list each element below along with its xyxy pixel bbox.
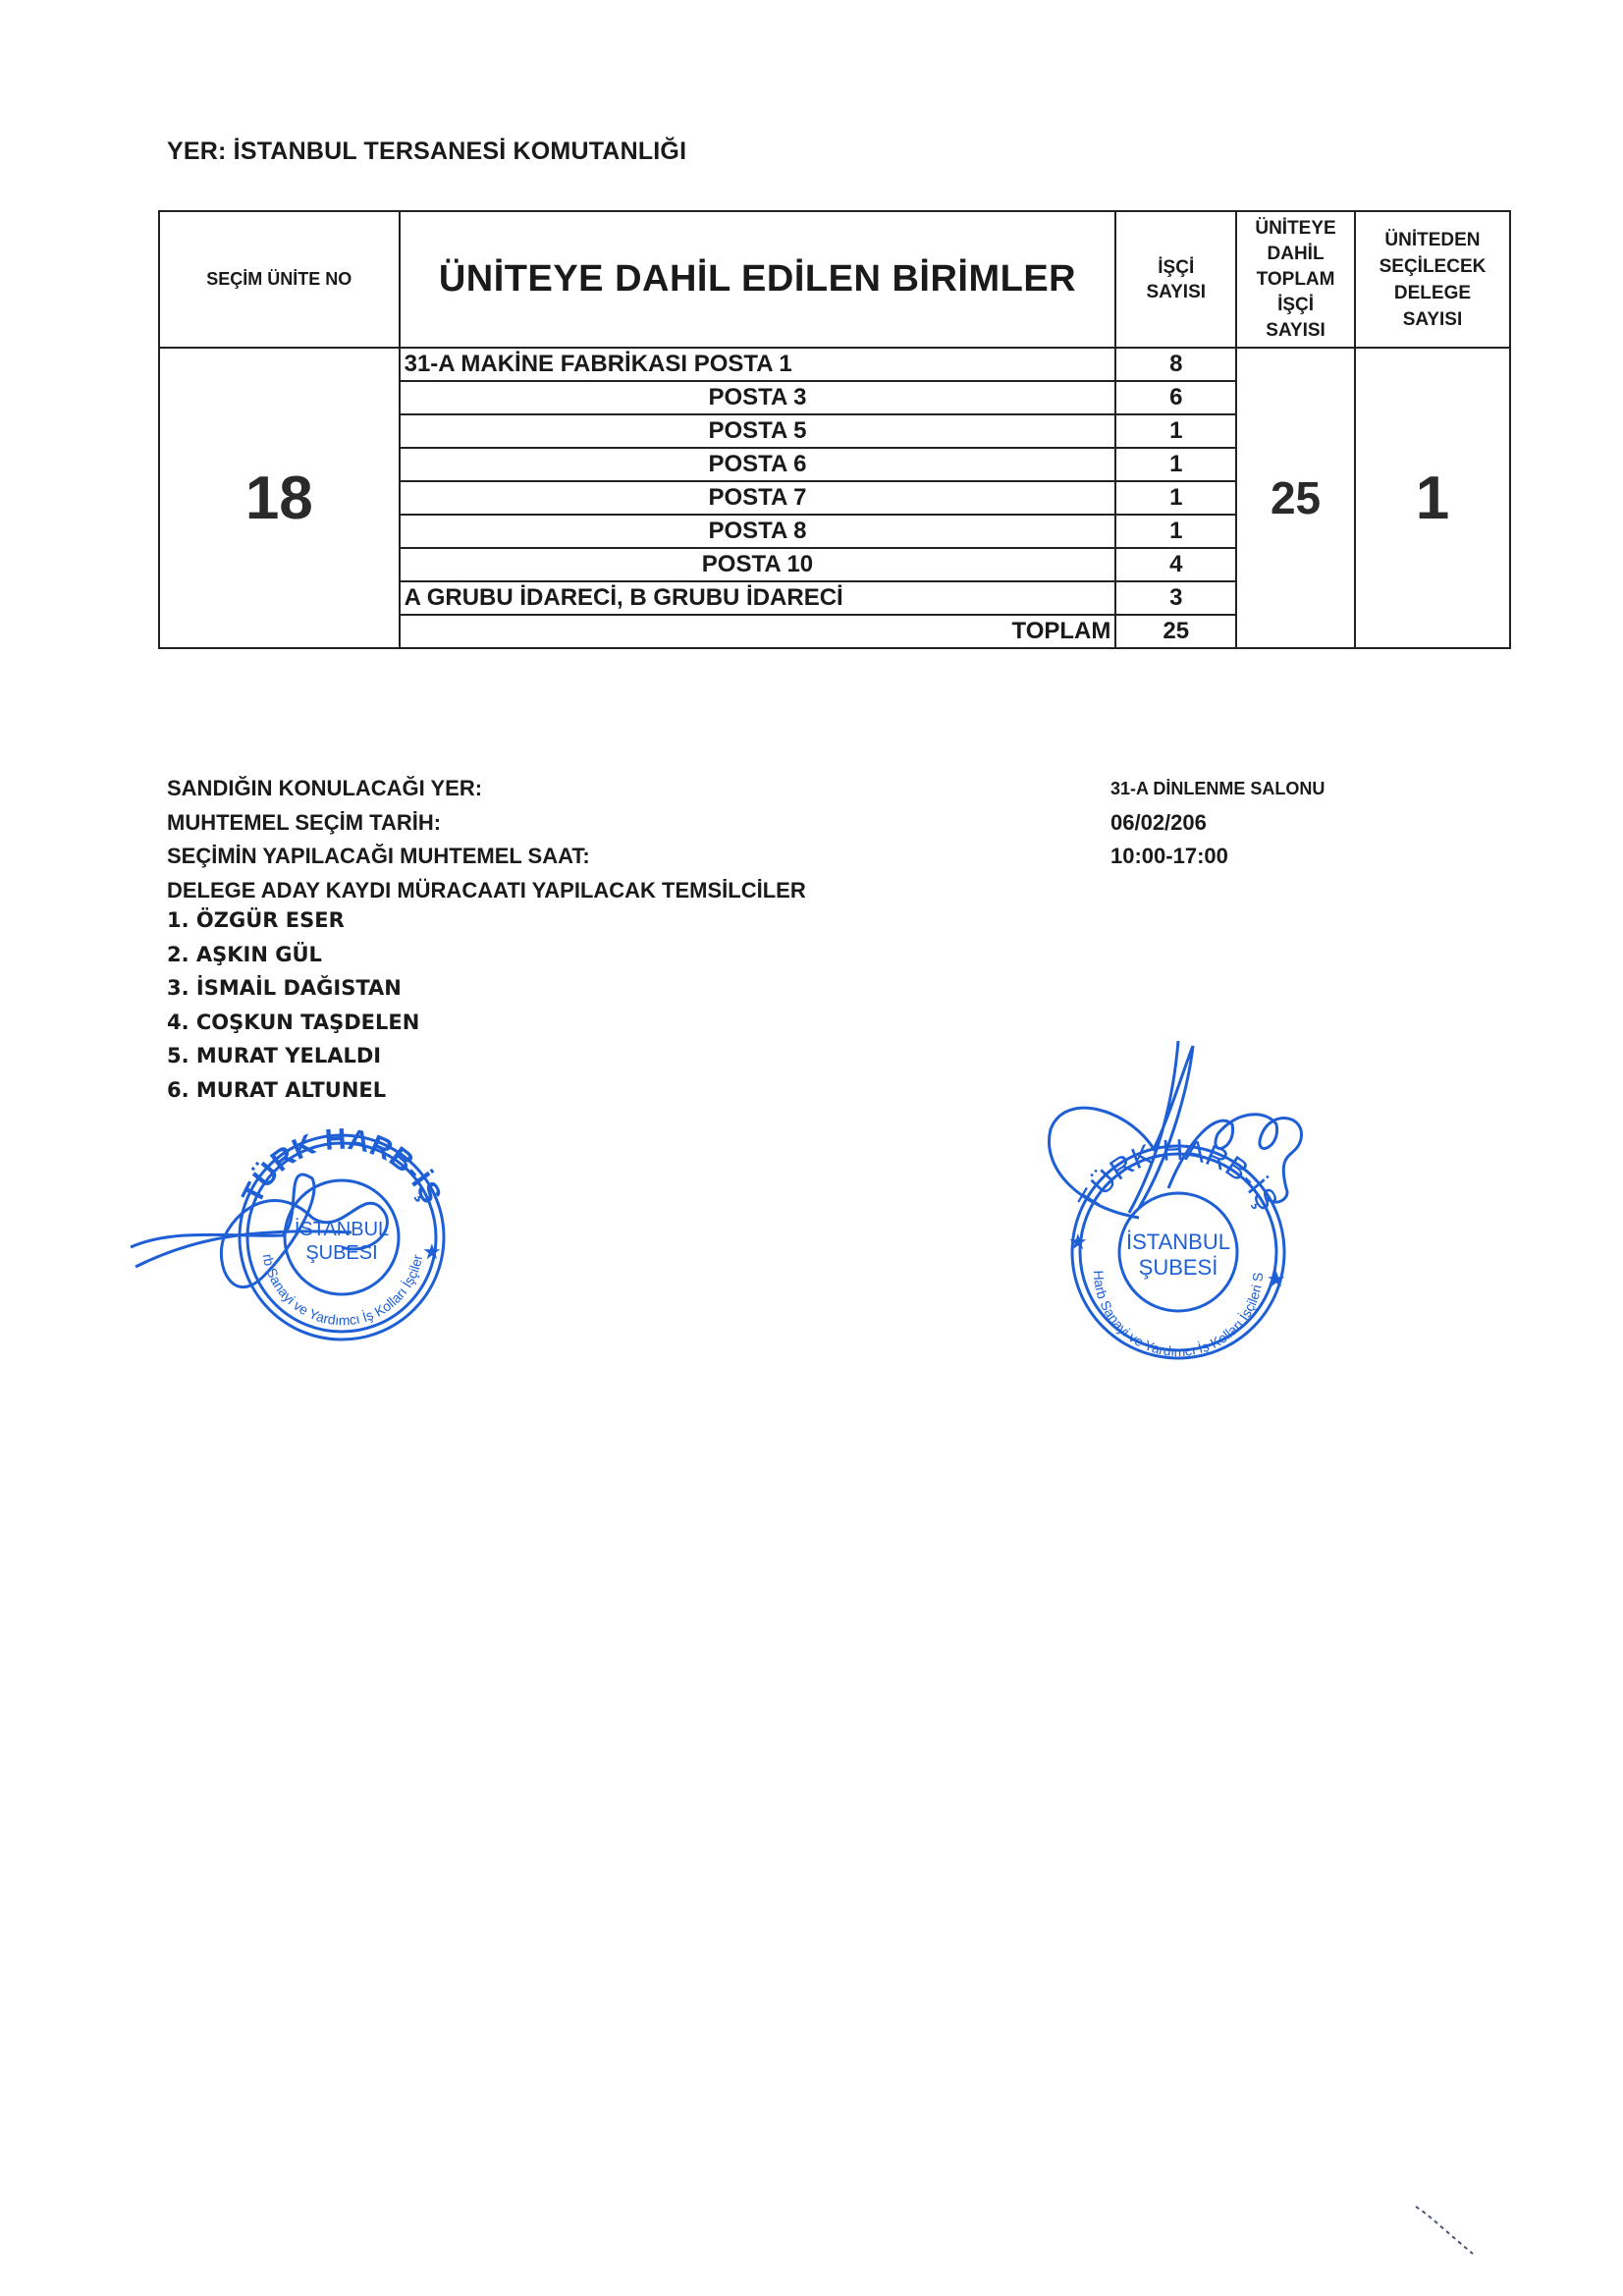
header-unit-total: ÜNİTEYE DAHİL TOPLAM İŞÇİ SAYISI bbox=[1236, 211, 1355, 348]
election-date-label: MUHTEMEL SEÇİM TARİH: bbox=[167, 806, 806, 841]
svg-text:İSTANBUL: İSTANBUL bbox=[295, 1218, 389, 1240]
ballot-location-value: 31-A DİNLENME SALONU bbox=[1110, 772, 1325, 806]
header-delegate-line: DELEGE bbox=[1356, 280, 1509, 306]
svg-text:ŞUBESİ: ŞUBESİ bbox=[305, 1241, 377, 1264]
header-delegate-line: SAYISI bbox=[1356, 306, 1509, 333]
election-date-value: 06/02/206 bbox=[1110, 806, 1325, 841]
ballot-location-label: SANDIĞIN KONULACAĞI YER: bbox=[167, 772, 806, 806]
worker-count: 8 bbox=[1115, 348, 1236, 381]
unit-name: POSTA 3 bbox=[400, 381, 1116, 414]
header-unit-total-line: DAHİL bbox=[1237, 242, 1354, 267]
header-delegate-line: SEÇİLECEK bbox=[1356, 253, 1509, 280]
svg-text:★: ★ bbox=[1267, 1267, 1286, 1291]
representatives-label: DELEGE ADAY KAYDI MÜRACAATI YAPILACAK TE… bbox=[167, 874, 806, 908]
document-title: YER: İSTANBUL TERSANESİ KOMUTANLIĞI bbox=[167, 137, 686, 166]
worker-count: 6 bbox=[1115, 381, 1236, 414]
table-header-row: SEÇİM ÜNİTE NO ÜNİTEYE DAHİL EDİLEN BİRİ… bbox=[159, 211, 1510, 348]
unit-name: 31-A MAKİNE FABRİKASI POSTA 1 bbox=[400, 348, 1116, 381]
representative-item: 5. MURAT YELALDI bbox=[167, 1039, 419, 1073]
total-label: TOPLAM bbox=[400, 615, 1116, 648]
header-delegate-count: ÜNİTEDEN SEÇİLECEK DELEGE SAYISI bbox=[1355, 211, 1510, 348]
table-body: 1831-A MAKİNE FABRİKASI POSTA 18251POSTA… bbox=[159, 348, 1510, 648]
unit-name: POSTA 8 bbox=[400, 515, 1116, 548]
election-unit-table: SEÇİM ÜNİTE NO ÜNİTEYE DAHİL EDİLEN BİRİ… bbox=[158, 210, 1511, 649]
representative-item: 1. ÖZGÜR ESER bbox=[167, 903, 419, 938]
worker-count: 1 bbox=[1115, 481, 1236, 515]
header-delegate-line: ÜNİTEDEN bbox=[1356, 227, 1509, 253]
representative-item: 6. MURAT ALTUNEL bbox=[167, 1073, 419, 1108]
header-worker-count-line: SAYISI bbox=[1116, 280, 1235, 304]
election-info-labels: SANDIĞIN KONULACAĞI YER: MUHTEMEL SEÇİM … bbox=[167, 772, 806, 907]
union-stamp-right: TÜRK HARB-İŞ Türkiye Harb Sanayi ve Yard… bbox=[1021, 1041, 1335, 1394]
svg-text:★: ★ bbox=[422, 1239, 442, 1264]
header-units: ÜNİTEYE DAHİL EDİLEN BİRİMLER bbox=[400, 211, 1116, 348]
worker-count: 1 bbox=[1115, 448, 1236, 481]
svg-text:TÜRK HARB-İŞ: TÜRK HARB-İŞ bbox=[236, 1123, 447, 1209]
svg-text:İSTANBUL: İSTANBUL bbox=[1126, 1230, 1230, 1254]
unit-number: 18 bbox=[159, 348, 400, 648]
unit-name: POSTA 10 bbox=[400, 548, 1116, 581]
representative-item: 3. İSMAİL DAĞISTAN bbox=[167, 971, 419, 1006]
worker-count: 3 bbox=[1115, 581, 1236, 615]
election-info-values: 31-A DİNLENME SALONU 06/02/206 10:00-17:… bbox=[1110, 772, 1325, 874]
representative-item: 2. AŞKIN GÜL bbox=[167, 938, 419, 972]
unit-name: POSTA 7 bbox=[400, 481, 1116, 515]
svg-text:★: ★ bbox=[1068, 1230, 1088, 1254]
scan-mark-icon bbox=[1414, 2205, 1492, 2264]
worker-count: 4 bbox=[1115, 548, 1236, 581]
election-time-label: SEÇİMİN YAPILACAĞI MUHTEMEL SAAT: bbox=[167, 840, 806, 874]
representatives-list: 1. ÖZGÜR ESER2. AŞKIN GÜL3. İSMAİL DAĞIS… bbox=[167, 903, 419, 1107]
header-unit-total-line: TOPLAM bbox=[1237, 267, 1354, 293]
header-worker-count: İŞÇİ SAYISI bbox=[1115, 211, 1236, 348]
total-value: 25 bbox=[1115, 615, 1236, 648]
worker-count: 1 bbox=[1115, 515, 1236, 548]
header-unit-total-line: İŞÇİ bbox=[1237, 293, 1354, 318]
delegate-count: 1 bbox=[1355, 348, 1510, 648]
election-time-value: 10:00-17:00 bbox=[1110, 840, 1325, 874]
union-stamp-left: TÜRK HARB-İŞ Türkiye Harb Sanayi ve Yard… bbox=[116, 1120, 469, 1345]
worker-count: 1 bbox=[1115, 414, 1236, 448]
stamp-signature-icon: TÜRK HARB-İŞ Türkiye Harb Sanayi ve Yard… bbox=[116, 1120, 469, 1345]
representative-item: 4. COŞKUN TAŞDELEN bbox=[167, 1006, 419, 1040]
header-unit-no: SEÇİM ÜNİTE NO bbox=[159, 211, 400, 348]
header-worker-count-line: İŞÇİ bbox=[1116, 255, 1235, 280]
unit-total-workers: 25 bbox=[1236, 348, 1355, 648]
header-unit-total-line: SAYISI bbox=[1237, 318, 1354, 344]
unit-name: POSTA 5 bbox=[400, 414, 1116, 448]
table-row: 1831-A MAKİNE FABRİKASI POSTA 18251 bbox=[159, 348, 1510, 381]
header-unit-total-line: ÜNİTEYE bbox=[1237, 216, 1354, 242]
scan-mark bbox=[1414, 2205, 1492, 2269]
stamp-signature-icon: TÜRK HARB-İŞ Türkiye Harb Sanayi ve Yard… bbox=[1021, 1041, 1335, 1394]
unit-name: A GRUBU İDARECİ, B GRUBU İDARECİ bbox=[400, 581, 1116, 615]
svg-text:TÜRK HARB-İŞ: TÜRK HARB-İŞ bbox=[1072, 1134, 1283, 1217]
unit-name: POSTA 6 bbox=[400, 448, 1116, 481]
svg-text:ŞUBESİ: ŞUBESİ bbox=[1139, 1255, 1218, 1280]
